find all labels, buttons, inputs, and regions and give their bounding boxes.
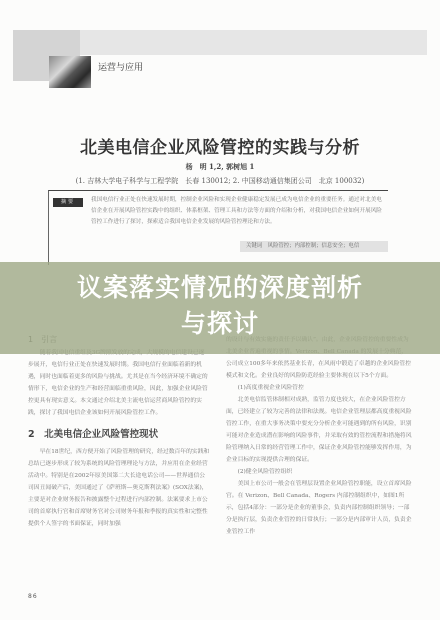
overlay-title: 议案落实情况的深度剖析 与探讨 bbox=[0, 270, 440, 342]
paragraph: 早在18世纪，西方便开始了风险管理的研究，经过数百年的实践和总结已逐步形成了较为… bbox=[28, 446, 210, 530]
section-label: 运营与应用 bbox=[98, 60, 143, 73]
page-number: 86 bbox=[28, 593, 38, 600]
subheading-2: (2)健全风险管控组织 bbox=[226, 466, 412, 478]
left-column-1: 随着我国电信重组及3G牌照发放的完成，大规模的电信建设已逐步展开，电信行业正处在… bbox=[28, 347, 210, 425]
paragraph: 随着我国电信重组及3G牌照发放的完成，大规模的电信建设已逐步展开，电信行业正处在… bbox=[28, 347, 210, 419]
abstract-tag: 摘要 bbox=[53, 198, 83, 207]
abstract-box: 摘要 我国电信行业正处在快速发展时期，控制企业风险和实现企业健康稳定发展已成为电… bbox=[48, 190, 388, 265]
section-2-heading: 2 北美电信企业风险管控现状 bbox=[28, 426, 158, 440]
paragraph: 北美电信监管体制相对成熟，监管力度也较大，在企业风险管控方面，已经建立了较为完善… bbox=[226, 394, 412, 466]
right-column: 的设计与有效实施的责任予以确认”。由此，企业风险管控的重要性成为北美企业普遍重视… bbox=[226, 334, 412, 566]
article-authors: 杨 明 1,2, 郭树旭 1 bbox=[0, 162, 440, 172]
overlay-title-line-2: 与探讨 bbox=[0, 306, 440, 342]
article-affiliation: (1. 吉林大学电子科学与工程学院 长春 130012; 2. 中国移动通信集团… bbox=[0, 176, 440, 186]
subheading-1: (1)高度重视企业风险管控 bbox=[226, 382, 412, 394]
overlay-title-line-1: 议案落实情况的深度剖析 bbox=[0, 270, 440, 306]
article-title: 北美电信企业风险管控的实践与分析 bbox=[0, 133, 440, 158]
left-column-2: 早在18世纪，西方便开始了风险管理的研究，经过数百年的实践和总结已逐步形成了较为… bbox=[28, 446, 210, 566]
keywords: 关键词 风险管控；内部控制；信息安全；电信 bbox=[240, 241, 388, 252]
abstract-text: 我国电信行业正处在快速发展时期，控制企业风险和实现企业健康稳定发展已成为电信企业… bbox=[91, 195, 387, 228]
paragraph: 美国上市公司一般会在管理层设置企业风险管控职能，设立首席风险官。在 Verizo… bbox=[226, 478, 412, 538]
handshake-photo-icon bbox=[49, 56, 91, 88]
